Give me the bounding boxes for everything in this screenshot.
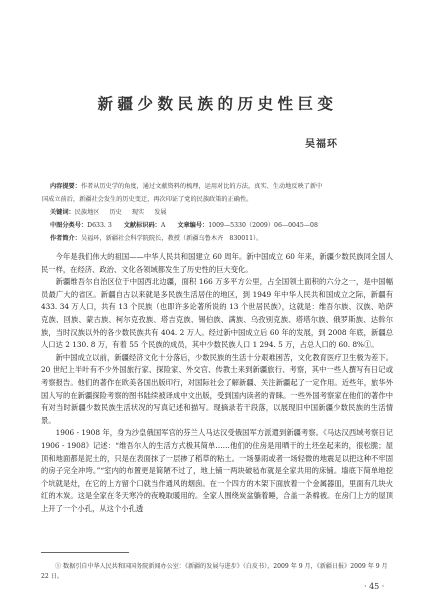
keyword: 民族地区 — [75, 209, 100, 216]
article-body: 今年是我们伟大的祖国——中华人民共和国建立 60 周年。新中国成立 60 年来，… — [41, 251, 393, 515]
abstract-block: 内容提要：作者从历史学的角度，通过文献资料的梳理，运用对比的方法，真实、生动地反… — [50, 180, 383, 245]
doc-code-value: A — [161, 222, 165, 229]
clc-label: 中图分类号： — [50, 222, 87, 229]
doc-code-label: 文献标识码： — [124, 222, 161, 229]
abstract-summary: 内容提要：作者从历史学的角度，通过文献资料的梳理，运用对比的方法，真实、生动地反… — [50, 180, 383, 193]
footnote-text: ① 数据引自中华人民共和国国务院新闻办公室：《新疆的发展与进步》（白皮书），20… — [41, 562, 393, 582]
keyword: 历史 — [110, 209, 122, 216]
summary-text-1: 作者从历史学的角度，通过文献资料的梳理，运用对比的方法，真实、生动地反映了新中 — [81, 183, 322, 190]
body-paragraph: 1906 - 1908 年，身为沙皇俄国军官的芬兰人马达汉受俄国军方派遣到新疆考… — [41, 427, 393, 515]
page-number: · 45 · — [364, 582, 384, 591]
abstract-author-intro: 作者简介：吴福环，新疆社会科学院院长，教授（新疆乌鲁木齐 830011）。 — [50, 232, 383, 245]
body-paragraph: 新疆维吾尔自治区位于中国西北边疆，面积 166 万多平方公里，占全国领土面积的六… — [41, 276, 393, 352]
footnote: ① 数据引自中华人民共和国国务院新闻办公室：《新疆的发展与进步》（白皮书），20… — [41, 562, 393, 582]
body-paragraph: 今年是我们伟大的祖国——中华人民共和国建立 60 周年。新中国成立 60 年来，… — [41, 251, 393, 276]
author-intro-label: 作者简介： — [50, 235, 81, 242]
keyword: 发展 — [154, 209, 166, 216]
article-no-label: 文章编号： — [177, 222, 208, 229]
summary-label: 内容提要： — [50, 183, 81, 190]
clc-value: D633. 3 — [87, 222, 112, 229]
abstract-keywords: 关键词：民族地区历史现实发展 — [50, 206, 383, 219]
footnote-divider — [41, 552, 129, 553]
abstract-summary-cont: 国成立前后，新疆社会发生的历史变迁，再次印证了党的民族政策的正确性。 — [42, 193, 383, 206]
keywords-label: 关键词： — [50, 209, 75, 216]
article-no-value: 1009—5330（2009）06—0045—08 — [208, 222, 318, 229]
keyword: 现实 — [132, 209, 144, 216]
abstract-classification: 中图分类号：D633. 3 文献标识码：A 文章编号：1009—5330（200… — [50, 219, 383, 232]
author-name: 吴福环 — [305, 135, 338, 150]
article-title: 新疆少数民族的历史性巨变 — [0, 92, 435, 114]
author-intro-value: 吴福环，新疆社会科学院院长，教授（新疆乌鲁木齐 830011）。 — [81, 235, 262, 242]
body-paragraph: 新中国成立以前，新疆经济文化十分落后，少数民族的生活十分艰难困苦，文化教育医疗卫… — [41, 352, 393, 428]
